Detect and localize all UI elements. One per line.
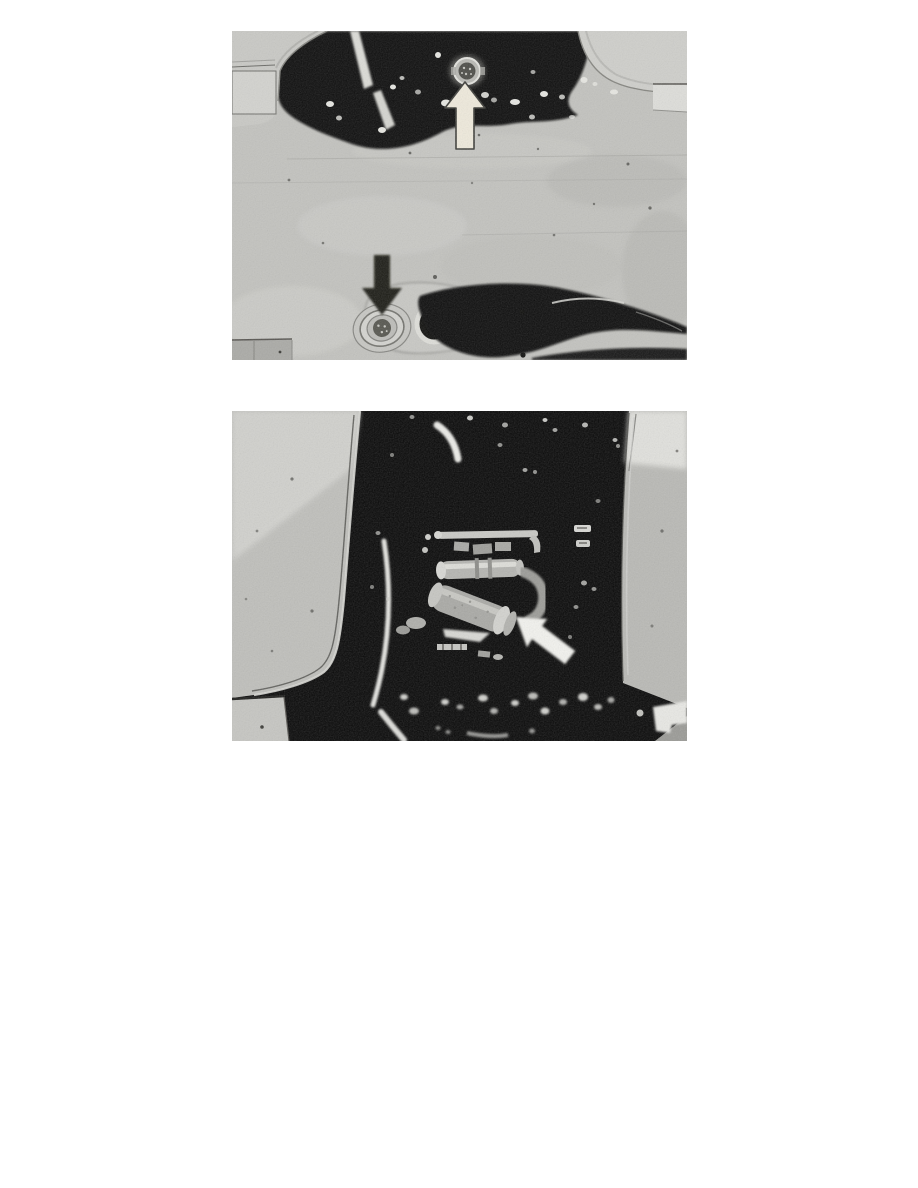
- film-grain-overlay: [232, 411, 687, 741]
- underbody-canister-assembly-photo: [232, 411, 687, 741]
- film-grain-overlay: [232, 31, 687, 360]
- manual-page: [0, 0, 918, 1188]
- photo-1-canvas: [232, 31, 687, 360]
- underbody-floor-pan-photo: [232, 31, 687, 360]
- photo-2-canvas: [232, 411, 687, 741]
